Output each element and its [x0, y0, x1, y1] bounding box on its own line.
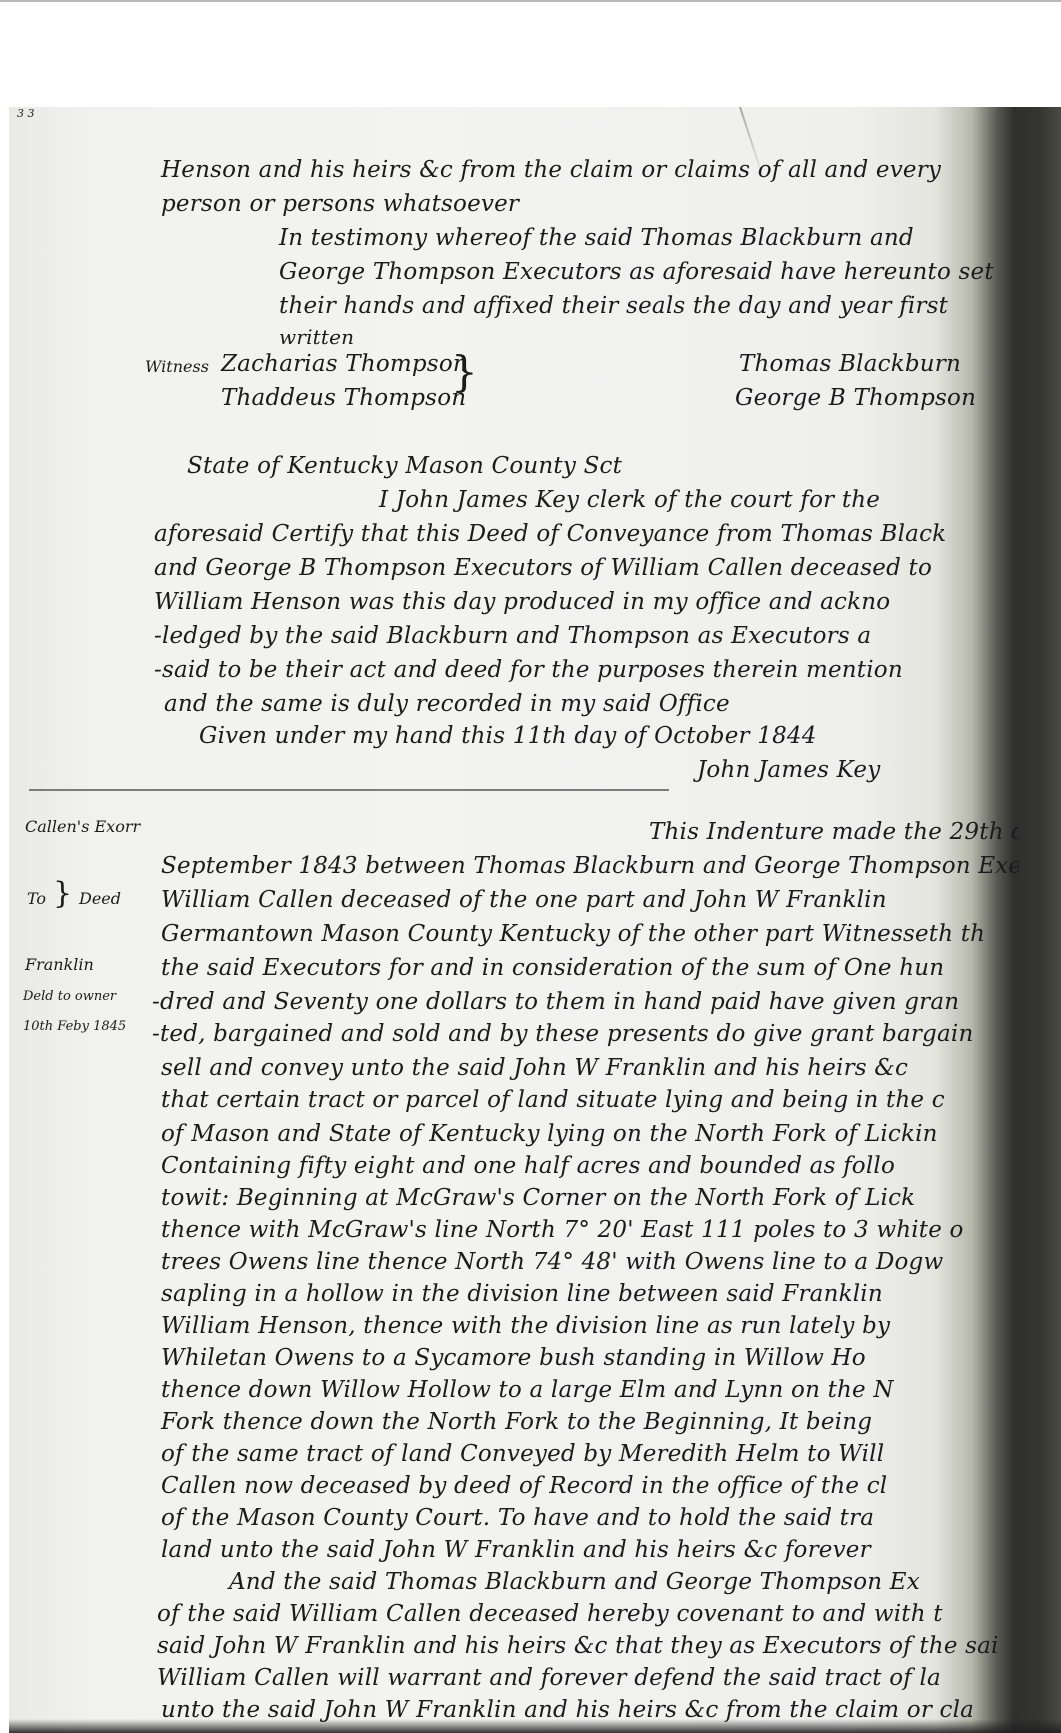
- signatory-name: George B Thompson: [735, 385, 976, 411]
- margin-note: To: [27, 889, 46, 908]
- text-line: of the Mason County Court. To have and t…: [161, 1505, 874, 1531]
- text-line: William Callen will warrant and forever …: [157, 1665, 941, 1691]
- text-line: And the said Thomas Blackburn and George…: [229, 1569, 920, 1595]
- witness-name: Thaddeus Thompson: [221, 385, 466, 411]
- margin-note: Callen's Exorr: [25, 817, 140, 836]
- text-line: said John W Franklin and his heirs &c th…: [157, 1633, 999, 1659]
- text-line: that certain tract or parcel of land sit…: [161, 1087, 945, 1113]
- scanned-ledger-page: 3 3 Henson and his heirs &c from the cla…: [9, 107, 1061, 1733]
- text-line: of the said William Callen deceased here…: [157, 1601, 943, 1627]
- text-line: aforesaid Certify that this Deed of Conv…: [154, 521, 946, 547]
- text-line: Whiletan Owens to a Sycamore bush standi…: [161, 1345, 866, 1371]
- text-line: In testimony whereof the said Thomas Bla…: [279, 225, 914, 251]
- witness-name: Zacharias Thompson: [221, 351, 468, 377]
- text-line: unto the said John W Franklin and his he…: [161, 1697, 974, 1723]
- certification-heading: State of Kentucky Mason County Sct: [187, 453, 622, 479]
- text-line: thence down Willow Hollow to a large Elm…: [161, 1377, 894, 1403]
- signatory-name: Thomas Blackburn: [739, 351, 961, 377]
- text-line: William Henson was this day produced in …: [154, 589, 890, 615]
- brace-mark: }: [451, 351, 478, 393]
- text-line: Fork thence down the North Fork to the B…: [161, 1409, 872, 1435]
- text-line: thence with McGraw's line North 7° 20' E…: [161, 1217, 964, 1243]
- text-line: -dred and Seventy one dollars to them in…: [152, 989, 959, 1015]
- margin-note: Deed: [79, 889, 121, 908]
- text-line: Callen now deceased by deed of Record in…: [161, 1473, 887, 1499]
- text-line: I John James Key clerk of the court for …: [379, 487, 880, 513]
- text-line: land unto the said John W Franklin and h…: [161, 1537, 871, 1563]
- margin-note: Franklin: [25, 955, 94, 974]
- text-line: towit: Beginning at McGraw's Corner on t…: [161, 1185, 915, 1211]
- text-line: person or persons whatsoever: [161, 191, 519, 217]
- text-line: sell and convey unto the said John W Fra…: [161, 1055, 908, 1081]
- margin-note: Deld to owner: [23, 989, 116, 1004]
- clerk-signature: John James Key: [697, 757, 880, 783]
- text-line: September 1843 between Thomas Blackburn …: [161, 853, 1019, 879]
- margin-note: 10th Feby 1845: [23, 1019, 126, 1034]
- text-line: and George B Thompson Executors of Willi…: [154, 555, 932, 581]
- text-line: -said to be their act and deed for the p…: [154, 657, 903, 683]
- brace-mark: }: [53, 879, 72, 909]
- text-line: This Indenture made the 29th day: [649, 819, 1019, 845]
- text-line: -ledged by the said Blackburn and Thomps…: [154, 623, 871, 649]
- text-line: George Thompson Executors as aforesaid h…: [279, 259, 994, 285]
- text-line: of Mason and State of Kentucky lying on …: [161, 1121, 938, 1147]
- text-line: -ted, bargained and sold and by these pr…: [152, 1021, 973, 1047]
- text-line: their hands and affixed their seals the …: [279, 293, 948, 319]
- witness-label: Witness: [145, 357, 209, 376]
- text-line: and the same is duly recorded in my said…: [164, 691, 730, 717]
- text-line: Containing fifty eight and one half acre…: [161, 1153, 895, 1179]
- section-divider: [29, 789, 669, 791]
- text-line: William Callen deceased of the one part …: [161, 887, 887, 913]
- text-line: Given under my hand this 11th day of Oct…: [199, 723, 817, 749]
- text-line: of the same tract of land Conveyed by Me…: [161, 1441, 884, 1467]
- top-border: [0, 0, 1061, 2]
- text-line: Germantown Mason County Kentucky of the …: [161, 921, 985, 947]
- text-line: Henson and his heirs &c from the claim o…: [161, 157, 941, 183]
- text-line: sapling in a hollow in the division line…: [161, 1281, 883, 1307]
- text-line: trees Owens line thence North 74° 48' wi…: [161, 1249, 943, 1275]
- text-line: the said Executors for and in considerat…: [161, 955, 944, 981]
- page-text-area: Henson and his heirs &c from the claim o…: [9, 107, 1019, 1733]
- text-line: William Henson, thence with the division…: [161, 1313, 890, 1339]
- text-line: written: [279, 325, 354, 349]
